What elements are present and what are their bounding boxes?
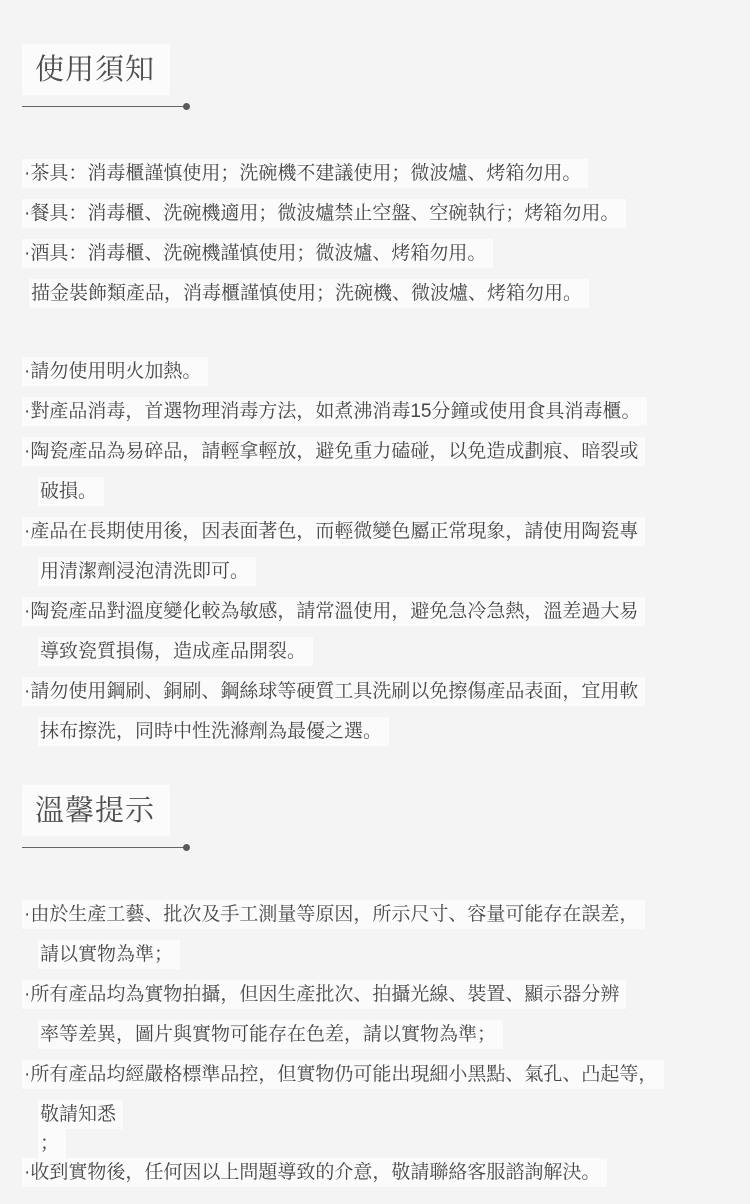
tips-group: ·由於生產工藝、批次及手工測量等原因，所示尺寸、容量可能存在誤差， 請以實物為準… [0, 895, 750, 1193]
notice-line-continuation: 破損。 [0, 472, 750, 512]
tip-line: ·收到實物後，任何因以上問題導致的介意，敬請聯絡客服諮詢解決。 [0, 1153, 750, 1193]
usage-notice-title-text: 使用須知 [22, 44, 170, 95]
notice-line: ·請勿使用明火加熱。 [0, 352, 750, 392]
notice-line: ·陶瓷產品對溫度變化較為敏感，請常溫使用，避免急冷急熱，溫差過大易 [0, 592, 750, 632]
tip-line: ·由於生產工藝、批次及手工測量等原因，所示尺寸、容量可能存在誤差， [0, 895, 750, 935]
product-care-notice-page: 使用須知 ·茶具：消毒櫃謹慎使用；洗碗機不建議使用；微波爐、烤箱勿用。 ·餐具：… [0, 0, 750, 1204]
notice-line: 描金裝飾類產品，消毒櫃謹慎使用；洗碗機、微波爐、烤箱勿用。 [0, 274, 750, 314]
tips-section: 溫馨提示 ·由於生產工藝、批次及手工測量等原因，所示尺寸、容量可能存在誤差， 請… [0, 785, 750, 1193]
notice-line: ·對產品消毒，首選物理消毒方法，如煮沸消毒15分鐘或使用食具消毒櫃。 [0, 392, 750, 432]
tip-line-continuation: 敬請知悉 [0, 1095, 750, 1135]
tips-title-underline [22, 844, 190, 851]
notice-line: ·請勿使用鋼刷、銅刷、鋼絲球等硬質工具洗刷以免擦傷產品表面，宜用軟 [0, 672, 750, 712]
notice-line-continuation: 導致瓷質損傷，造成產品開裂。 [0, 632, 750, 672]
tip-line: ·所有產品均經嚴格標準品控，但實物仍可能出現細小黑點、氣孔、凸起等， [0, 1055, 750, 1095]
notice-line-continuation: 抹布擦洗，同時中性洗滌劑為最優之選。 [0, 712, 750, 752]
notice-line: ·產品在長期使用後，因表面著色，而輕微變色屬正常現象，請使用陶瓷專 [0, 512, 750, 552]
tips-title: 溫馨提示 [22, 785, 750, 836]
notice-line: ·茶具：消毒櫃謹慎使用；洗碗機不建議使用；微波爐、烤箱勿用。 [0, 154, 750, 194]
tips-title-text: 溫馨提示 [22, 785, 170, 836]
underline-end-dot-icon [183, 844, 190, 851]
usage-notice-section: 使用須知 ·茶具：消毒櫃謹慎使用；洗碗機不建議使用；微波爐、烤箱勿用。 ·餐具：… [0, 44, 750, 752]
usage-notice-title: 使用須知 [22, 44, 750, 95]
underline-line [22, 847, 185, 848]
tip-line-continuation: 率等差異，圖片與實物可能存在色差，請以實物為準； [0, 1015, 750, 1055]
appliance-care-group: ·茶具：消毒櫃謹慎使用；洗碗機不建議使用；微波爐、烤箱勿用。 ·餐具：消毒櫃、洗… [0, 154, 750, 314]
notice-line-continuation: 用清潔劑浸泡清洗即可。 [0, 552, 750, 592]
usage-title-underline [22, 103, 190, 110]
notice-line: ·餐具：消毒櫃、洗碗機適用；微波爐禁止空盤、空碗執行；烤箱勿用。 [0, 194, 750, 234]
notice-line: ·酒具：消毒櫃、洗碗機謹慎使用；微波爐、烤箱勿用。 [0, 234, 750, 274]
notice-line: ·陶瓷產品為易碎品，請輕拿輕放，避免重力磕碰，以免造成劃痕、暗裂或 [0, 432, 750, 472]
tip-line: ·所有產品均為實物拍攝，但因生產批次、拍攝光線、裝置、顯示器分辨 [0, 975, 750, 1015]
underline-end-dot-icon [183, 103, 190, 110]
tip-line-continuation: ； [0, 1135, 750, 1153]
underline-line [22, 106, 185, 107]
tip-line-continuation: 請以實物為準； [0, 935, 750, 975]
general-care-group: ·請勿使用明火加熱。 ·對產品消毒，首選物理消毒方法，如煮沸消毒15分鐘或使用食… [0, 352, 750, 752]
